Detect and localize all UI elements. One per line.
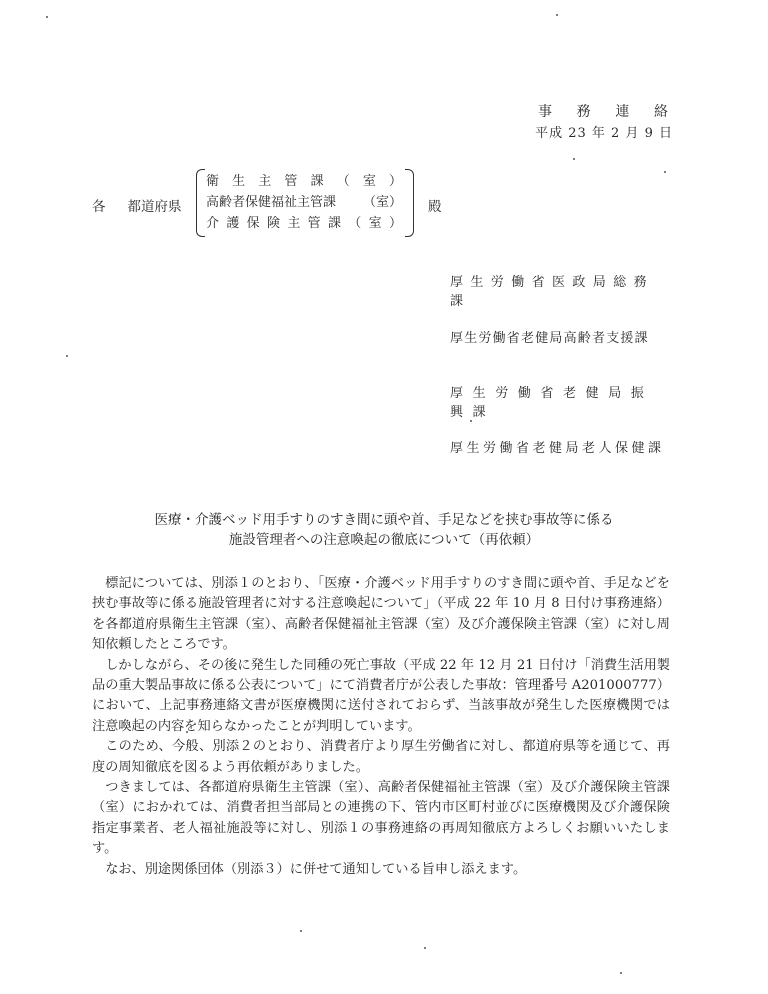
department-elderly-welfare: 高齢者保健福祉主管課（室）	[206, 192, 402, 213]
scan-speck	[470, 420, 472, 422]
scan-speck	[46, 16, 48, 18]
doc-type-char: 絡	[654, 101, 668, 121]
scan-speck	[66, 355, 68, 357]
sender-promotion: 厚生労働省老健局振興課	[450, 382, 670, 420]
document-body: 標記については、別添１のとおり、「医療・介護ベッド用手すりのすき間に頭や首、手足…	[92, 574, 670, 880]
addressee-prefix: 各都道府県	[92, 195, 182, 215]
document-type: 事 務 連 絡	[538, 101, 668, 121]
title-line-1: 医療・介護ベッド用手すりのすき間に頭や首、手足などを挟む事故等に係る	[100, 510, 668, 530]
sender-elderly-support: 厚生労働省老健局高齢者支援課	[450, 327, 670, 346]
scan-speck	[573, 158, 575, 160]
document-title: 医療・介護ベッド用手すりのすき間に頭や首、手足などを挟む事故等に係る 施設管理者…	[100, 510, 668, 550]
scan-speck	[620, 972, 622, 974]
body-paragraph: 標記については、別添１のとおり、「医療・介護ベッド用手すりのすき間に頭や首、手足…	[92, 574, 670, 656]
document-date: 平成 23 年 2 月 9 日	[533, 122, 673, 141]
department-care-insurance: 介護保険主管課（室）	[206, 213, 402, 234]
scan-speck	[664, 171, 666, 173]
scan-speck	[186, 731, 188, 733]
doc-type-char: 務	[577, 101, 591, 121]
right-bracket	[405, 169, 414, 237]
addressee-prefecture: 都道府県	[128, 199, 182, 215]
left-bracket	[196, 169, 205, 237]
addressee-departments: 衛生主管課（室） 高齢者保健福祉主管課（室） 介護保険主管課（室）	[196, 169, 414, 237]
title-line-2: 施設管理者への注意喚起の徹底について（再依頼）	[100, 530, 668, 550]
sender-medical-policy-general-affairs: 厚生労働省医政局総務課	[450, 271, 670, 309]
department-hygiene: 衛生主管課（室）	[206, 171, 402, 192]
body-paragraph: つきましては、各都道府県衛生主管課（室）、高齢者保健福祉主管課（室）及び介護保険…	[92, 778, 670, 860]
body-paragraph: なお、別途関係団体（別添３）に併せて通知している旨申し添えます。	[92, 860, 670, 880]
addressee-honorific: 殿	[428, 195, 442, 215]
scan-speck	[424, 947, 426, 949]
doc-type-char: 連	[615, 101, 629, 121]
scan-speck	[556, 14, 558, 16]
body-paragraph: しかしながら、その後に発生した同種の死亡事故（平成 22 年 12 月 21 日…	[92, 656, 670, 738]
sender-elderly-health: 厚生労働省老健局老人保健課	[450, 437, 670, 456]
body-paragraph: このため、今般、別添２のとおり、消費者庁より厚生労働省に対し、都道府県等を通じて…	[92, 737, 670, 778]
scan-speck	[300, 930, 302, 932]
addressee-each: 各	[92, 199, 106, 215]
doc-type-char: 事	[538, 101, 552, 121]
